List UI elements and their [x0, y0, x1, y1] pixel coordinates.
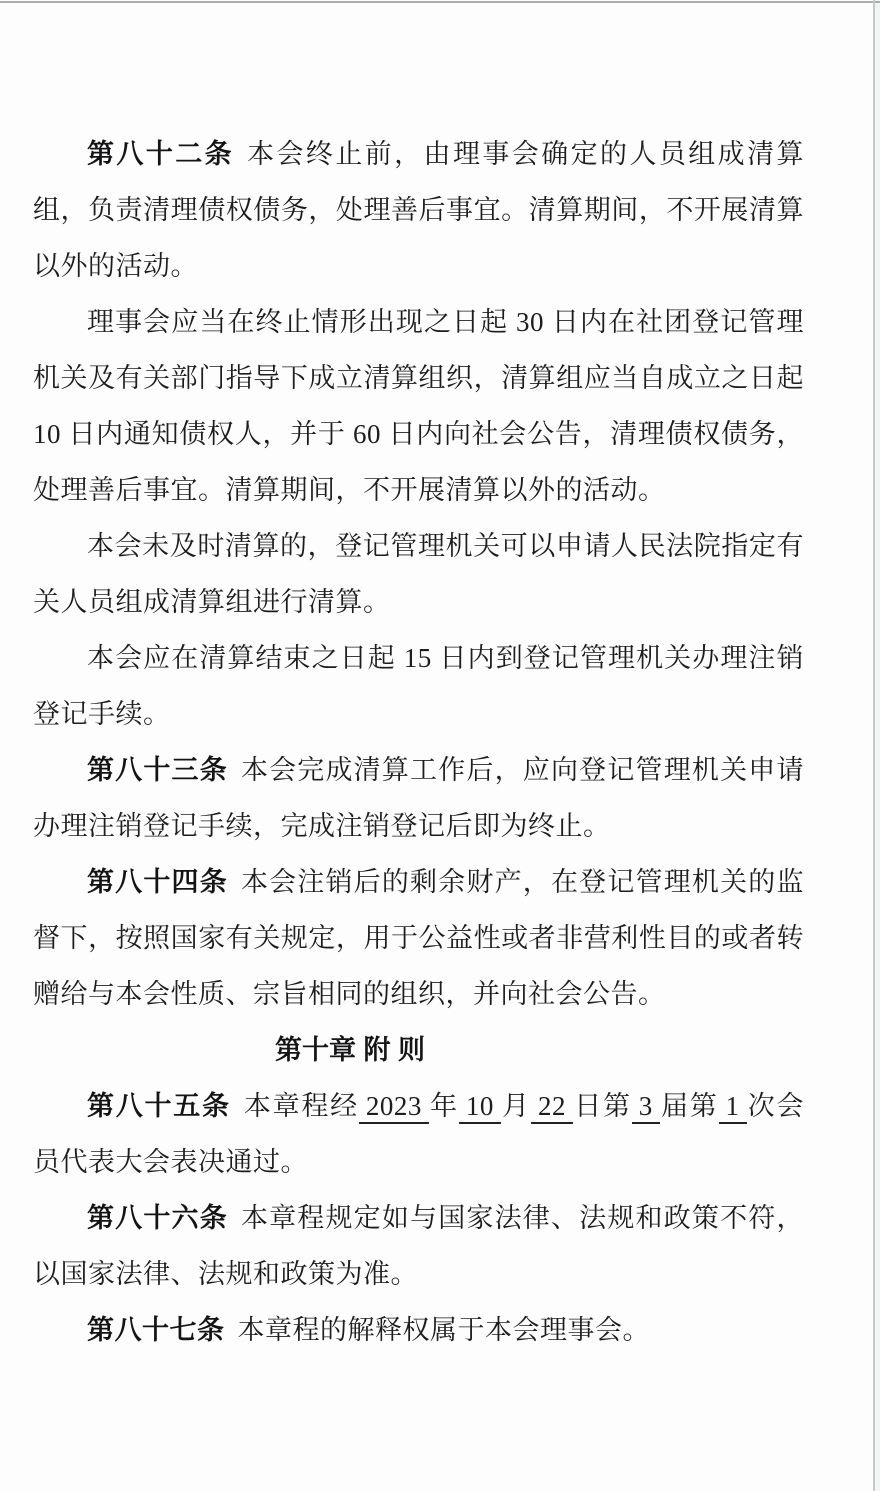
- paragraph-article-83: 第八十三条本会完成清算工作后，应向登记管理机关申请办理注销登记手续，完成注销登记…: [33, 742, 804, 854]
- scan-top-edge-line: [0, 1, 880, 3]
- article-85-month-unit: 月: [501, 1091, 531, 1121]
- paragraph-article-86: 第八十六条本章程规定如与国家法律、法规和政策不符，以国家法律、法规和政策为准。: [33, 1190, 804, 1302]
- article-85-year-blank: 2023: [359, 1092, 429, 1124]
- article-84-number: 第八十四条: [87, 867, 228, 897]
- paragraph-deregistration-deadline: 本会应在清算结束之日起 15 日内到登记管理机关办理注销登记手续。: [33, 630, 804, 742]
- article-82-number: 第八十二条: [87, 139, 234, 169]
- article-85-month-blank: 10: [459, 1092, 501, 1124]
- liquidation-organization-text: 理事会应当在终止情形出现之日起 30 日内在社团登记管理机关及有关部门指导下成立…: [33, 307, 804, 505]
- scan-right-edge-line: [873, 0, 875, 1491]
- deregistration-deadline-text: 本会应在清算结束之日起 15 日内到登记管理机关办理注销登记手续。: [33, 643, 804, 729]
- article-85-pre-text: 本章程经: [244, 1091, 359, 1121]
- article-85-meeting-blank: 1: [719, 1092, 747, 1124]
- article-85-year-unit: 年: [429, 1091, 459, 1121]
- scan-edge-shade: [875, 0, 880, 1491]
- paragraph-article-82: 第八十二条本会终止前，由理事会确定的人员组成清算组，负责清理债权债务，处理善后事…: [33, 126, 804, 294]
- chapter-10-heading: 第十章 附 则: [33, 1022, 804, 1078]
- article-85-session-unit: 届第: [660, 1091, 719, 1121]
- paragraph-article-87: 第八十七条本章程的解释权属于本会理事会。: [33, 1302, 804, 1358]
- article-85-session-blank: 3: [632, 1092, 660, 1124]
- article-87-text: 本章程的解释权属于本会理事会。: [238, 1315, 651, 1345]
- paragraph-liquidation-organization: 理事会应当在终止情形出现之日起 30 日内在社团登记管理机关及有关部门指导下成立…: [33, 294, 804, 518]
- article-87-number: 第八十七条: [87, 1315, 225, 1345]
- paragraph-article-85: 第八十五条本章程经2023年10月22日第3届第1次会员代表大会表决通过。: [33, 1078, 804, 1190]
- article-83-number: 第八十三条: [87, 755, 228, 785]
- article-86-number: 第八十六条: [87, 1203, 228, 1233]
- article-85-day-unit: 日第: [573, 1091, 632, 1121]
- paragraph-court-appointed-liquidation: 本会未及时清算的，登记管理机关可以申请人民法院指定有关人员组成清算组进行清算。: [33, 518, 804, 630]
- article-85-day-blank: 22: [531, 1092, 573, 1124]
- article-85-number: 第八十五条: [87, 1091, 231, 1121]
- document-page: 第八十二条本会终止前，由理事会确定的人员组成清算组，负责清理债权债务，处理善后事…: [33, 126, 804, 1358]
- paragraph-article-84: 第八十四条本会注销后的剩余财产，在登记管理机关的监督下，按照国家有关规定，用于公…: [33, 854, 804, 1022]
- court-appointed-liquidation-text: 本会未及时清算的，登记管理机关可以申请人民法院指定有关人员组成清算组进行清算。: [33, 531, 804, 617]
